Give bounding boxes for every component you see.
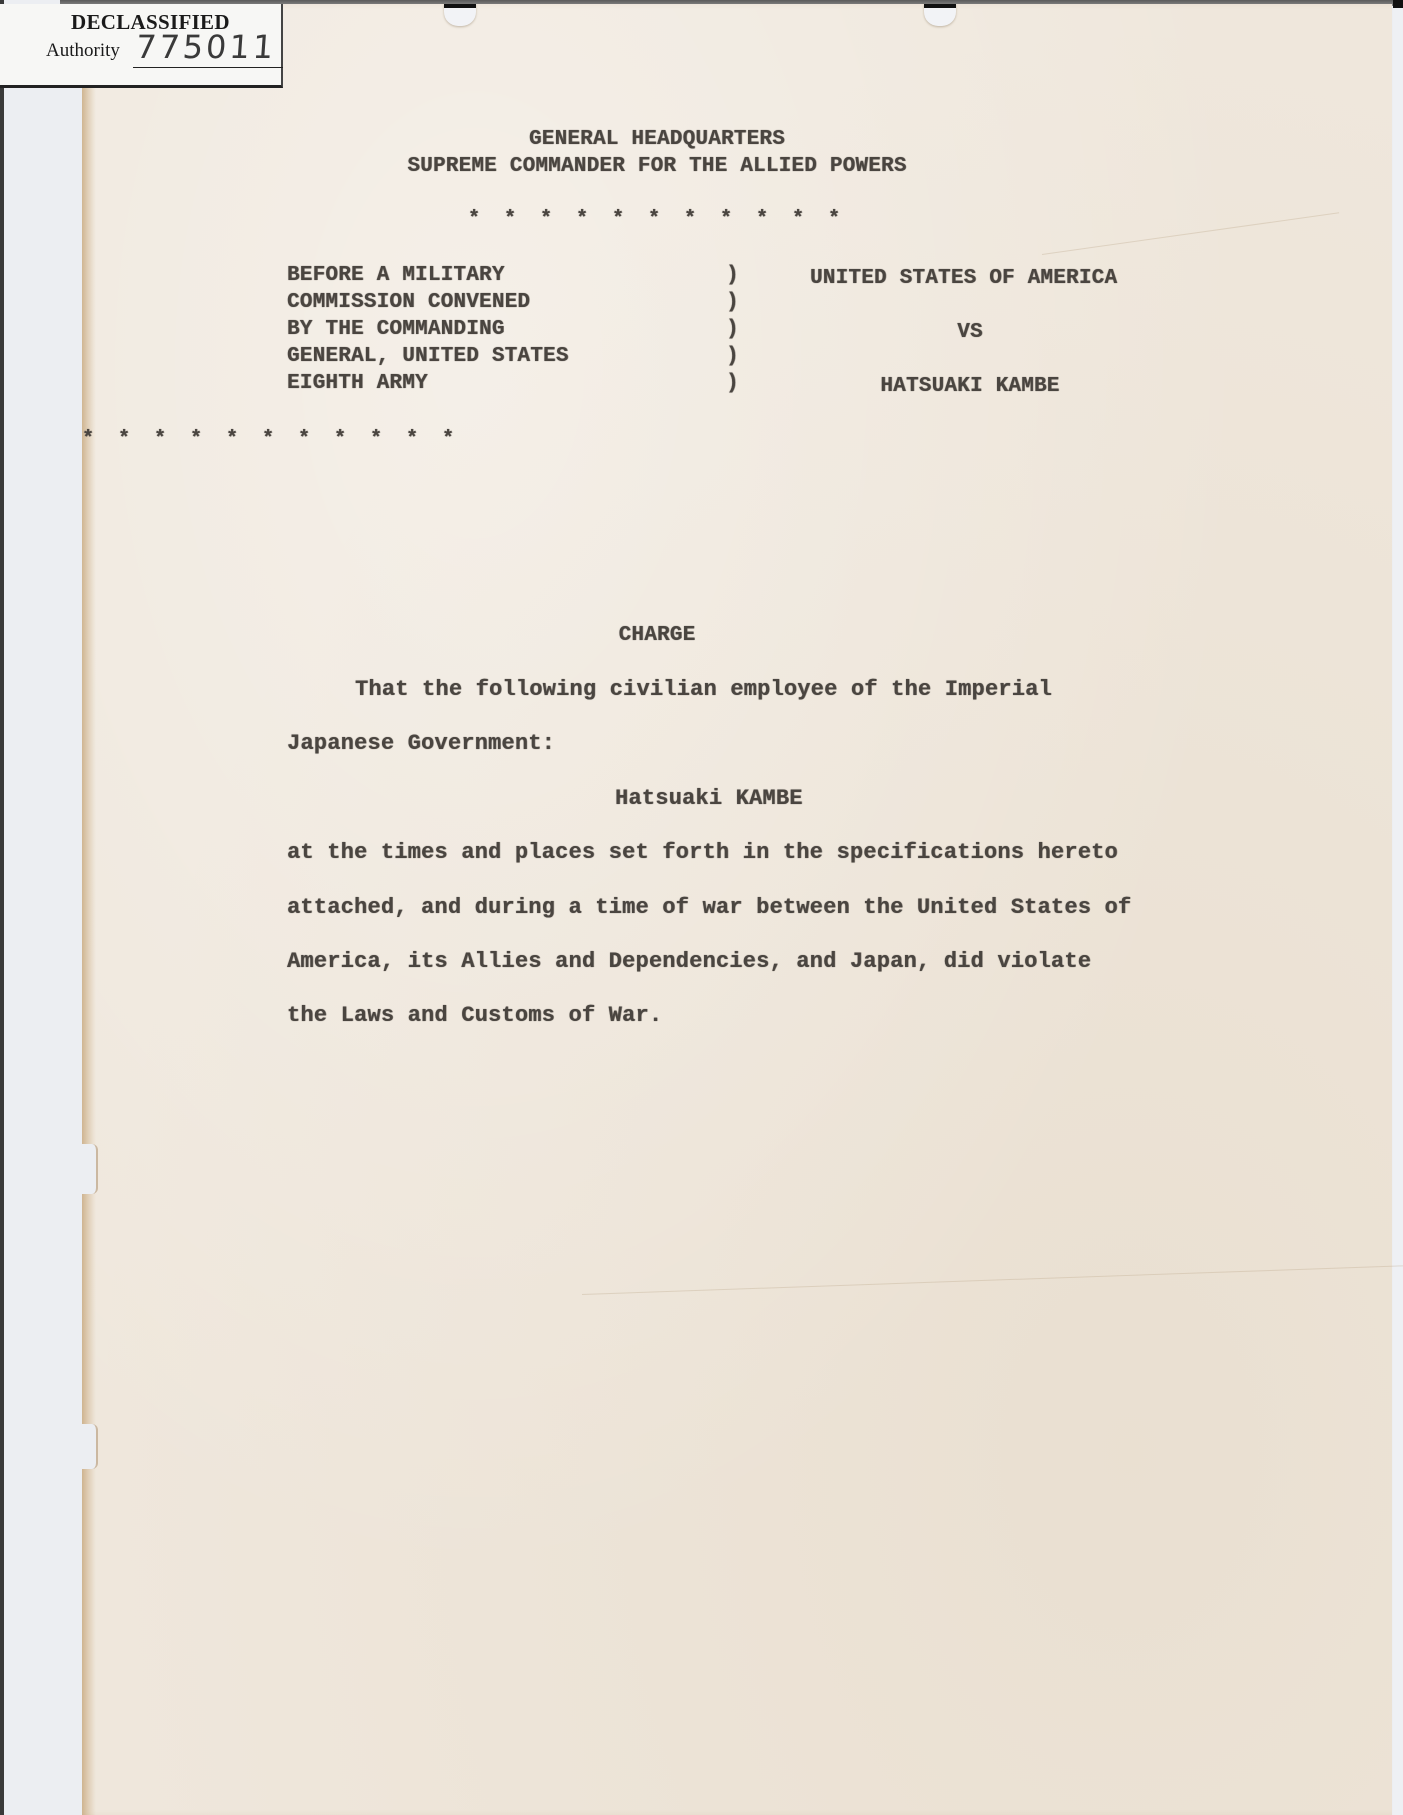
header-line-2: SUPREME COMMANDER FOR THE ALLIED POWERS: [82, 155, 1232, 178]
scanner-edge-right: [1393, 0, 1403, 1815]
charge-heading: CHARGE: [82, 624, 1232, 647]
caption-left-line-5: EIGHTH ARMY: [287, 372, 428, 395]
scanner-corner: [1393, 0, 1403, 8]
charge-intro-line-2: Japanese Government:: [287, 731, 555, 756]
caption-bracket: ): [726, 318, 739, 341]
declassified-stamp: DECLASSIFIED Authority 775011: [0, 4, 283, 88]
caption-left-line-4: GENERAL, UNITED STATES: [287, 345, 569, 368]
punch-hole-left: [444, 4, 476, 26]
caption-bracket: ): [726, 345, 739, 368]
caption-left-line-3: BY THE COMMANDING: [287, 318, 505, 341]
charge-body-line-1: at the times and places set forth in the…: [287, 840, 1118, 865]
scanner-edge-left: [0, 0, 4, 1815]
caption-plaintiff: UNITED STATES OF AMERICA: [810, 267, 1117, 290]
caption-versus: VS: [810, 321, 1130, 344]
charge-body-line-4: the Laws and Customs of War.: [287, 1003, 662, 1028]
punch-hole-right: [924, 4, 956, 26]
charge-body-line-2: attached, and during a time of war betwe…: [287, 895, 1131, 920]
header-line-1: GENERAL HEADQUARTERS: [82, 128, 1232, 151]
torn-edge-notch: [80, 1424, 98, 1469]
caption-bracket: ): [726, 264, 739, 287]
header-separator: * * * * * * * * * * *: [82, 208, 1232, 231]
accused-name: Hatsuaki KAMBE: [615, 786, 803, 811]
charge-intro-line-1: That the following civilian employee of …: [355, 677, 1052, 702]
edge-stain: [82, 4, 96, 1815]
authority-underline: [133, 67, 283, 68]
authority-label: Authority: [46, 40, 120, 62]
caption-left-line-2: COMMISSION CONVENED: [287, 291, 530, 314]
torn-edge-notch: [80, 1144, 98, 1194]
caption-left-line-1: BEFORE A MILITARY: [287, 264, 505, 287]
caption-defendant: HATSUAKI KAMBE: [810, 375, 1130, 398]
caption-separator: * * * * * * * * * * *: [82, 428, 460, 451]
document-page: GENERAL HEADQUARTERS SUPREME COMMANDER F…: [82, 4, 1392, 1815]
caption-bracket: ): [726, 291, 739, 314]
caption-bracket: ): [726, 372, 739, 395]
paper-crease: [582, 1265, 1403, 1295]
authority-number: 775011: [135, 28, 278, 66]
charge-body-line-3: America, its Allies and Dependencies, an…: [287, 949, 1091, 974]
